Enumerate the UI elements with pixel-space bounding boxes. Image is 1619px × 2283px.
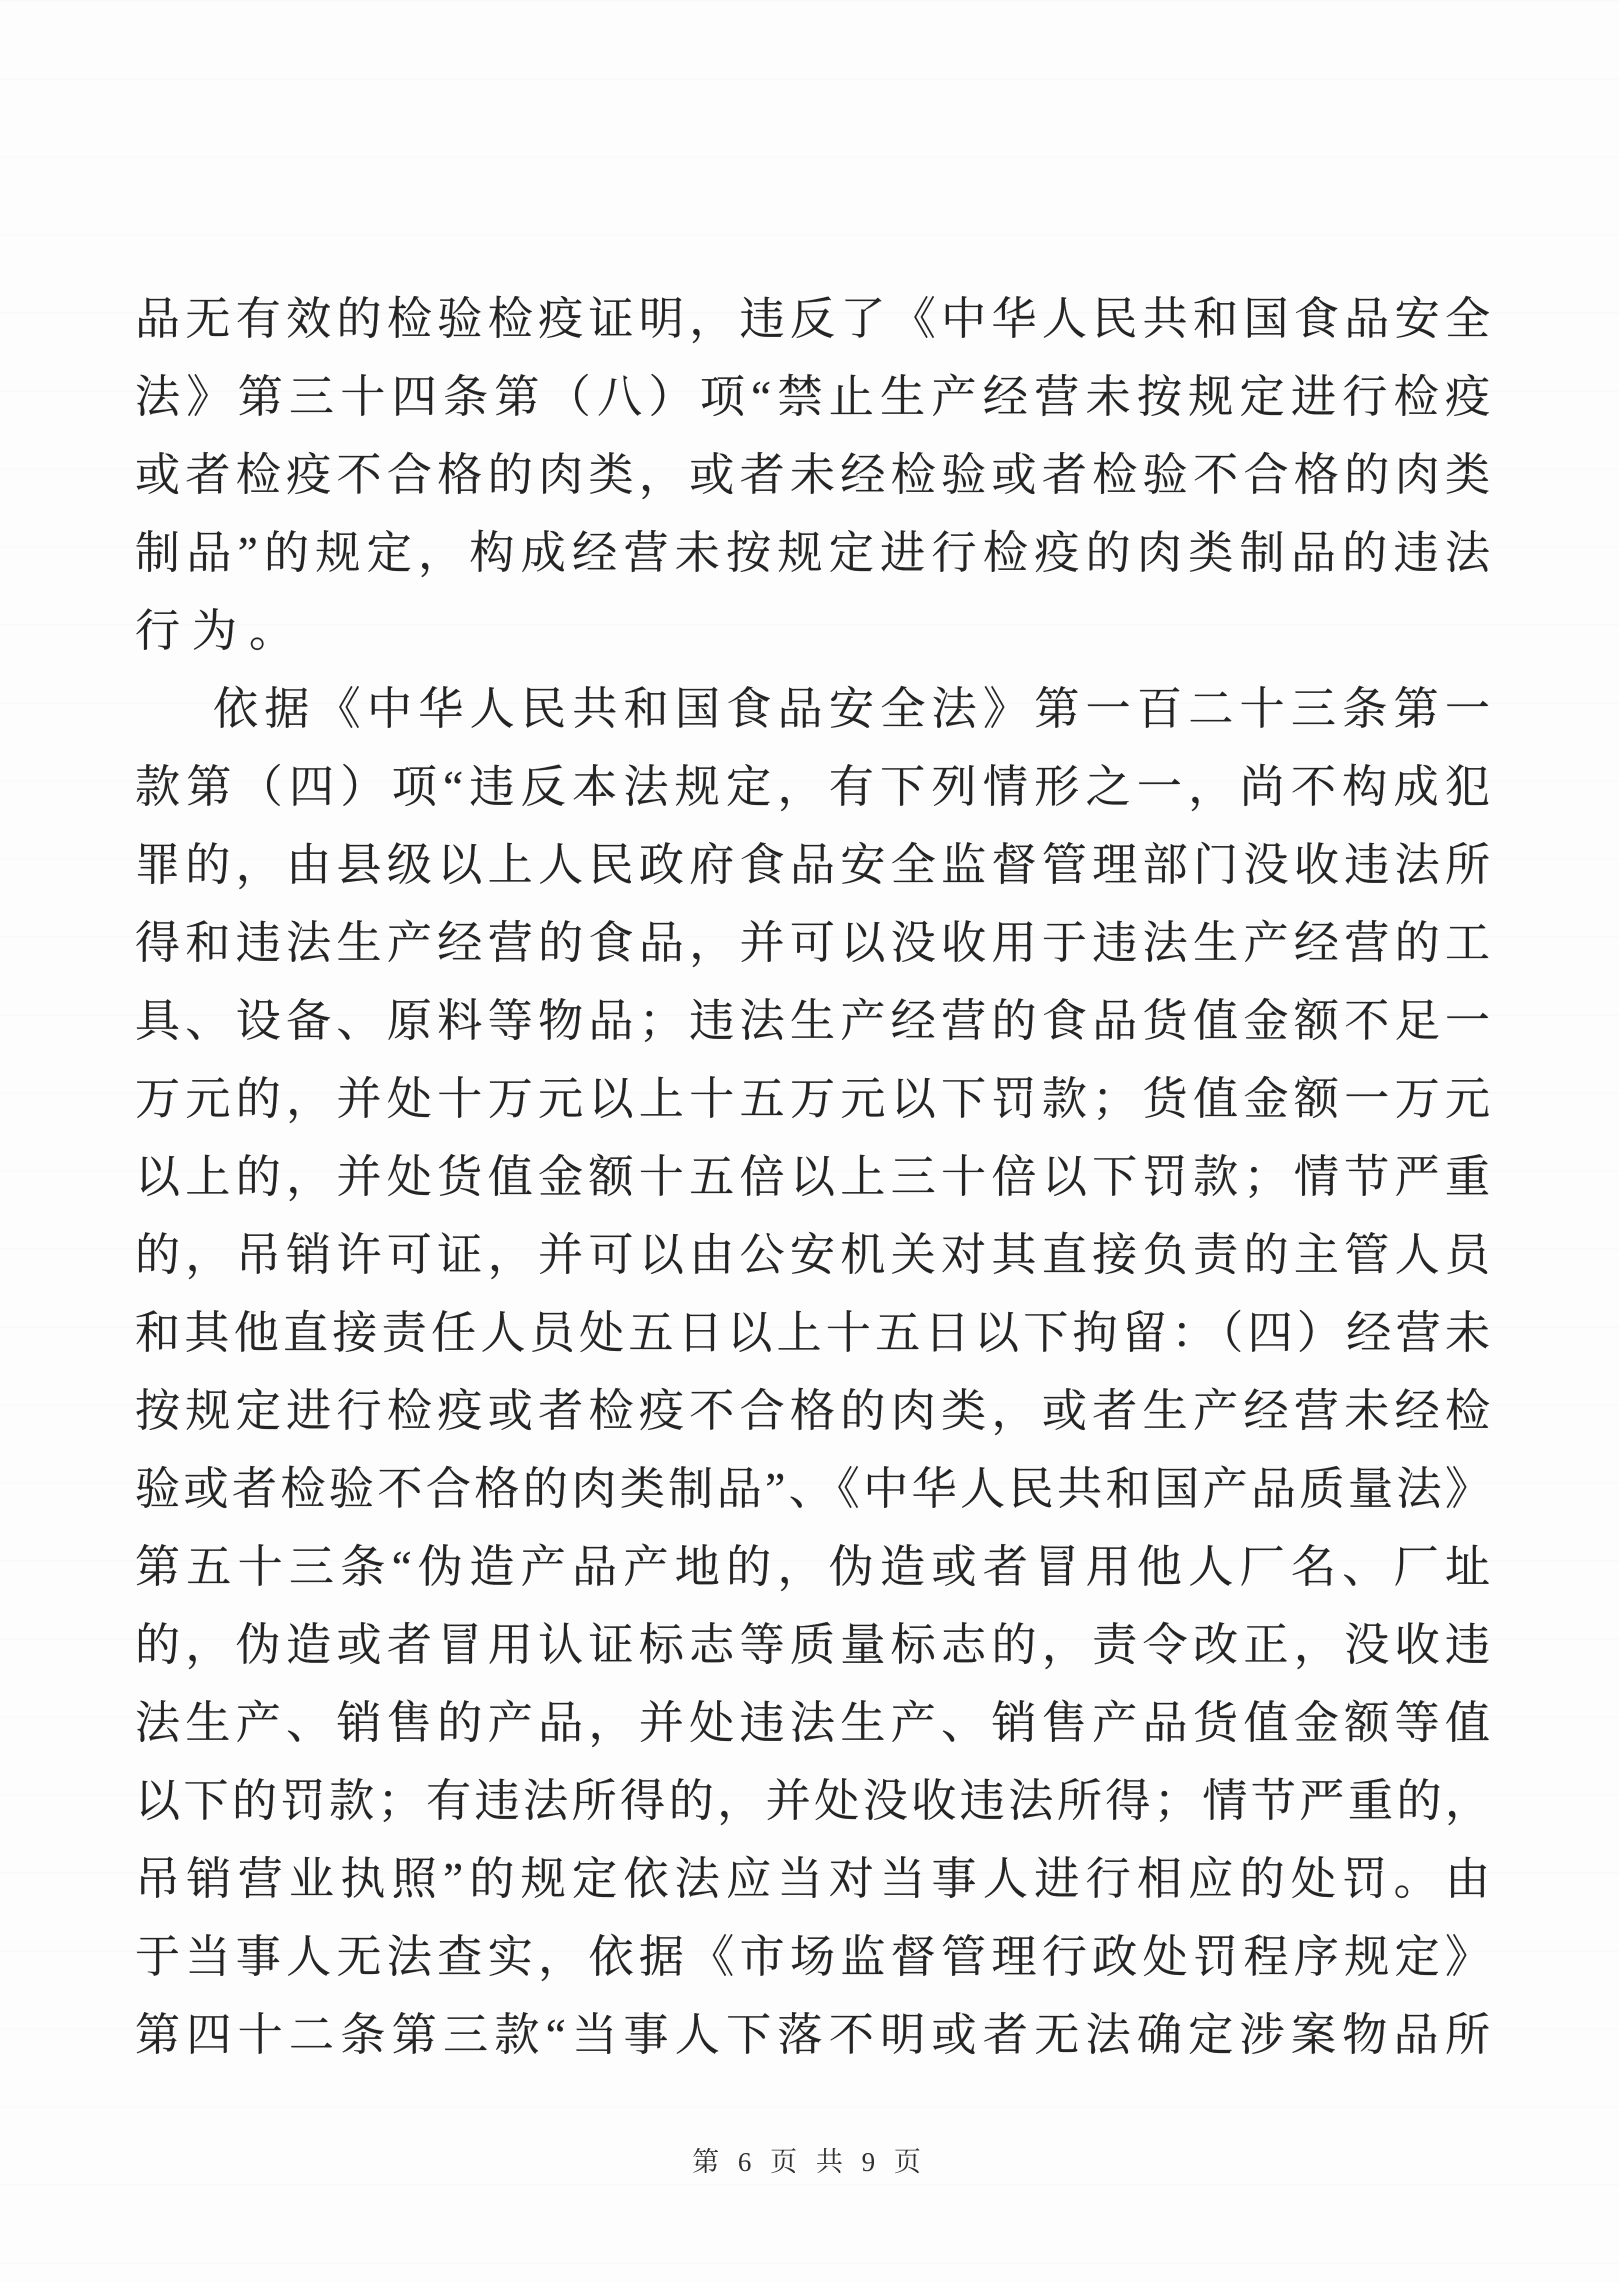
body-line: 第五十三条“伪造产品产地的，伪造或者冒用他人厂名、厂址 — [135, 1528, 1490, 1606]
body-line: 款第（四）项“违反本法规定，有下列情形之一，尚不构成犯 — [135, 748, 1490, 826]
body-line: 吊销营业执照”的规定依法应当对当事人进行相应的处罚。由 — [135, 1840, 1490, 1918]
body-line: 和其他直接责任人员处五日以上十五日以下拘留：（四）经营未 — [135, 1294, 1490, 1372]
body-line: 以上的，并处货值金额十五倍以上三十倍以下罚款；情节严重 — [135, 1138, 1490, 1216]
body-line: 万元的，并处十万元以上十五万元以下罚款；货值金额一万元 — [135, 1060, 1490, 1138]
body-line: 的，吊销许可证，并可以由公安机关对其直接负责的主管人员 — [135, 1216, 1490, 1294]
body-line: 或者检疫不合格的肉类，或者未经检验或者检验不合格的肉类 — [135, 436, 1490, 514]
body-line-paragraph-end: 行为。 — [135, 592, 1490, 670]
body-line: 品无有效的检验检疫证明，违反了《中华人民共和国食品安全 — [135, 280, 1490, 358]
page-number: 第 6 页 共 9 页 — [0, 2140, 1619, 2179]
body-line: 验或者检验不合格的肉类制品”、《中华人民共和国产品质量法》 — [135, 1450, 1490, 1528]
body-line: 以下的罚款；有违法所得的，并处没收违法所得；情节严重的， — [135, 1762, 1490, 1840]
body-line: 具、设备、原料等物品；违法生产经营的食品货值金额不足一 — [135, 982, 1490, 1060]
body-line: 制品”的规定，构成经营未按规定进行检疫的肉类制品的违法 — [135, 514, 1490, 592]
body-line: 法》第三十四条第（八）项“禁止生产经营未按规定进行检疫 — [135, 358, 1490, 436]
body-line: 按规定进行检疫或者检疫不合格的肉类，或者生产经营未经检 — [135, 1372, 1490, 1450]
body-line: 得和违法生产经营的食品，并可以没收用于违法生产经营的工 — [135, 904, 1490, 982]
body-line: 罪的，由县级以上人民政府食品安全监督管理部门没收违法所 — [135, 826, 1490, 904]
body-line: 法生产、销售的产品，并处违法生产、销售产品货值金额等值 — [135, 1684, 1490, 1762]
document-page: 品无有效的检验检疫证明，违反了《中华人民共和国食品安全 法》第三十四条第（八）项… — [0, 0, 1619, 2283]
body-line: 于当事人无法查实，依据《市场监督管理行政处罚程序规定》 — [135, 1918, 1490, 1996]
body-line: 的，伪造或者冒用认证标志等质量标志的，责令改正，没收违 — [135, 1606, 1490, 1684]
body-line-paragraph-start: 依据《中华人民共和国食品安全法》第一百二十三条第一 — [135, 670, 1490, 748]
body-line: 第四十二条第三款“当事人下落不明或者无法确定涉案物品所 — [135, 1996, 1490, 2074]
document-body: 品无有效的检验检疫证明，违反了《中华人民共和国食品安全 法》第三十四条第（八）项… — [135, 280, 1490, 2074]
